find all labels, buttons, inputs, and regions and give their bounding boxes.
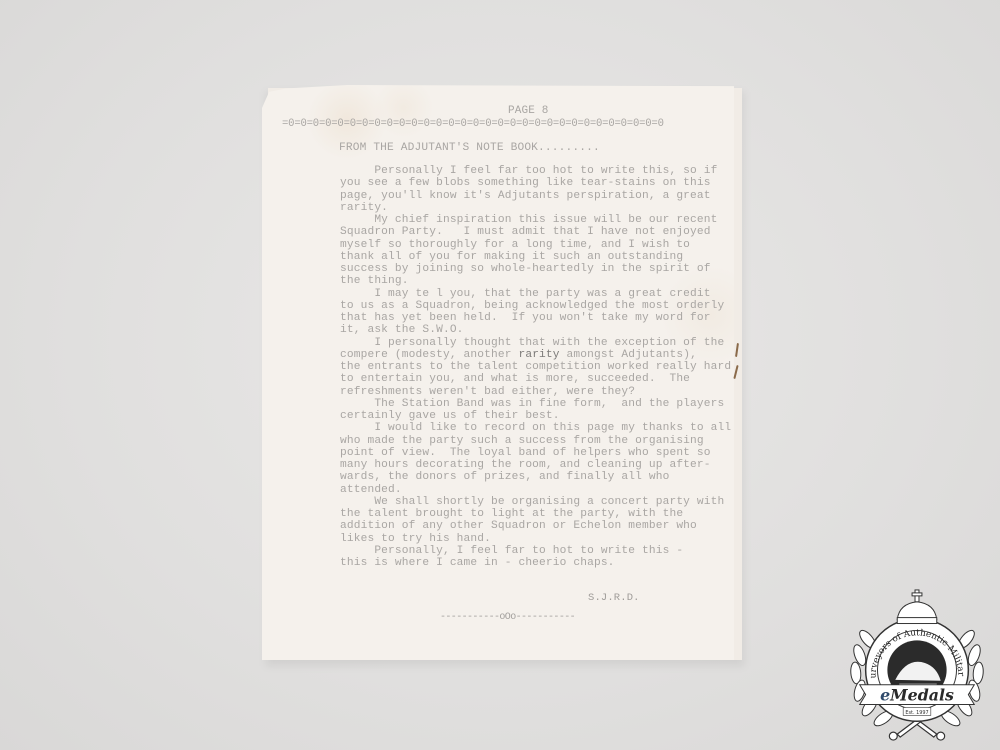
text-line: I would like to record on this page my t… <box>340 422 731 434</box>
text-line: Personally, I feel far to hot to write t… <box>340 545 731 557</box>
svg-text:eMedals: eMedals <box>880 686 954 705</box>
text-line: addition of any other Squadron or Echelo… <box>340 520 731 532</box>
text-line: My chief inspiration this issue will be … <box>340 214 731 226</box>
paper-tear-mark <box>735 343 738 383</box>
text-line: many hours decorating the room, and clea… <box>340 459 731 471</box>
text-line: compere (modesty, another rarity amongst… <box>340 349 731 361</box>
text-line: this is where I came in - cheerio chaps. <box>340 557 731 569</box>
text-line: myself so thoroughly for a long time, an… <box>340 239 731 251</box>
text-line: you see a few blobs something like tear-… <box>340 177 731 189</box>
emedals-watermark-logo: Purveyors of Authentic Militaria eMedals… <box>838 585 996 745</box>
text-line: it, ask the S.W.O. <box>340 324 731 336</box>
text-line: I personally thought that with the excep… <box>340 337 731 349</box>
text-line: wards, the donors of prizes, and finally… <box>340 471 731 483</box>
text-line: the talent brought to light at the party… <box>340 508 731 520</box>
text-line: that has yet been held. If you won't tak… <box>340 312 731 324</box>
text-line: The Station Band was in fine form, and t… <box>340 398 731 410</box>
text-line: success by joining so whole-heartedly in… <box>340 263 731 275</box>
emedals-crest-icon: Purveyors of Authentic Militaria eMedals… <box>838 585 996 745</box>
text-line: point of view. The loyal band of helpers… <box>340 447 731 459</box>
text-line: certainly gave us of their best. <box>340 410 731 422</box>
text-line: rarity. <box>340 202 731 214</box>
end-divider-rule: -----------oOo----------- <box>440 612 575 623</box>
svg-text:Est. 1997: Est. 1997 <box>905 710 928 716</box>
text-line: refreshments weren't bad either, were th… <box>340 386 731 398</box>
section-heading: FROM THE ADJUTANT'S NOTE BOOK......... <box>339 142 600 154</box>
text-line: thank all of you for making it such an o… <box>340 251 731 263</box>
text-line: Squadron Party. I must admit that I have… <box>340 226 731 238</box>
text-line: likes to try his hand. <box>340 533 731 545</box>
signature-initials: S.J.R.D. <box>588 592 640 604</box>
text-line: We shall shortly be organising a concert… <box>340 496 731 508</box>
page-number: PAGE 8 <box>508 105 549 117</box>
text-line: who made the party such a success from t… <box>340 435 731 447</box>
text-line: to us as a Squadron, being acknowledged … <box>340 300 731 312</box>
text-line: the thing. <box>340 275 731 287</box>
overtyped-word: rarity <box>518 349 559 361</box>
text-line: to entertain you, and what is more, succ… <box>340 373 731 385</box>
text-line: page, you'll know it's Adjutants perspir… <box>340 190 731 202</box>
text-line: I may te l you, that the party was a gre… <box>340 288 731 300</box>
body-text: Personally I feel far too hot to write t… <box>340 165 731 569</box>
text-line: Personally I feel far too hot to write t… <box>340 165 731 177</box>
text-line: attended. <box>340 484 731 496</box>
text-line: the entrants to the talent competition w… <box>340 361 731 373</box>
top-divider-rule: =0=0=0=0=0=0=0=0=0=0=0=0=0=0=0=0=0=0=0=0… <box>282 118 664 130</box>
